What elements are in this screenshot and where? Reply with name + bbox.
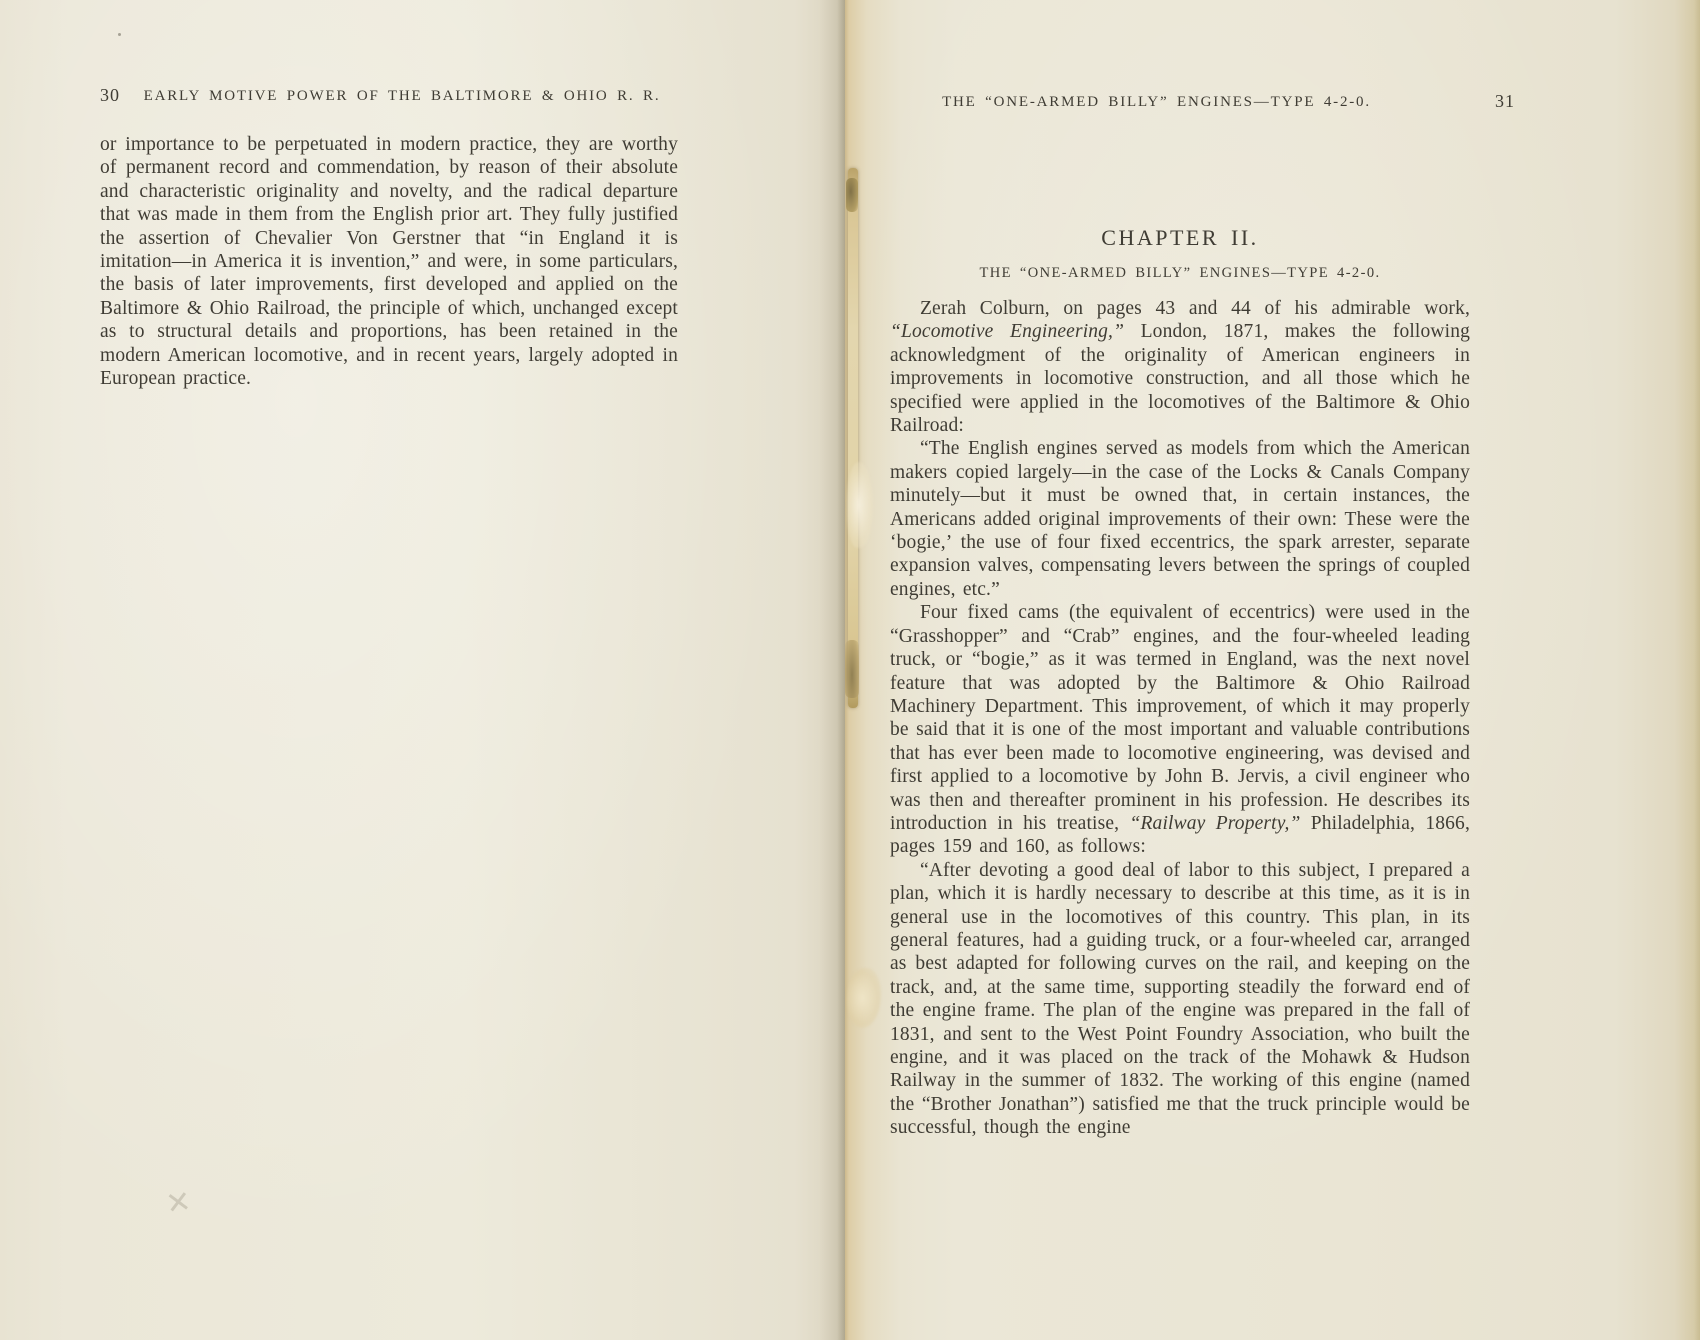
- left-page-number: 30: [100, 85, 120, 106]
- right-page-number: 31: [1495, 91, 1515, 112]
- binding-thread-knot: [846, 178, 858, 212]
- chapter-subtitle: THE “ONE-ARMED BILLY” ENGINES—TYPE 4-2-0…: [890, 265, 1470, 282]
- left-running-header-title: EARLY MOTIVE POWER OF THE BALTIMORE & OH…: [100, 88, 678, 105]
- left-running-header: 30 EARLY MOTIVE POWER OF THE BALTIMORE &…: [100, 88, 678, 105]
- paper-speck: [118, 33, 121, 36]
- glue-spot: [847, 462, 873, 548]
- chapter-title: CHAPTER II.: [890, 225, 1470, 251]
- gutter-shadow: [819, 0, 845, 1340]
- pencil-smudge: ✕: [164, 1185, 190, 1223]
- binding-thread: [848, 168, 858, 708]
- book-spread: 30 EARLY MOTIVE POWER OF THE BALTIMORE &…: [0, 0, 1700, 1340]
- paragraph: Four fixed cams (the equivalent of eccen…: [890, 601, 1470, 858]
- left-page-body: or importance to be perpetuated in moder…: [100, 133, 678, 390]
- left-page: 30 EARLY MOTIVE POWER OF THE BALTIMORE &…: [0, 0, 845, 1340]
- paragraph: “The English engines served as models fr…: [890, 437, 1470, 601]
- paragraph: Zerah Colburn, on pages 43 and 44 of his…: [890, 297, 1470, 437]
- left-paragraph: or importance to be perpetuated in moder…: [100, 133, 678, 390]
- paragraph: “After devoting a good deal of labor to …: [890, 859, 1470, 1140]
- chapter-text: Zerah Colburn, on pages 43 and 44 of his…: [890, 297, 1470, 1140]
- binding-thread-knot: [845, 640, 859, 698]
- right-page-body: CHAPTER II. THE “ONE-ARMED BILLY” ENGINE…: [890, 0, 1470, 1140]
- right-page: THE “ONE-ARMED BILLY” ENGINES—TYPE 4-2-0…: [845, 0, 1700, 1340]
- glue-spot: [847, 968, 881, 1028]
